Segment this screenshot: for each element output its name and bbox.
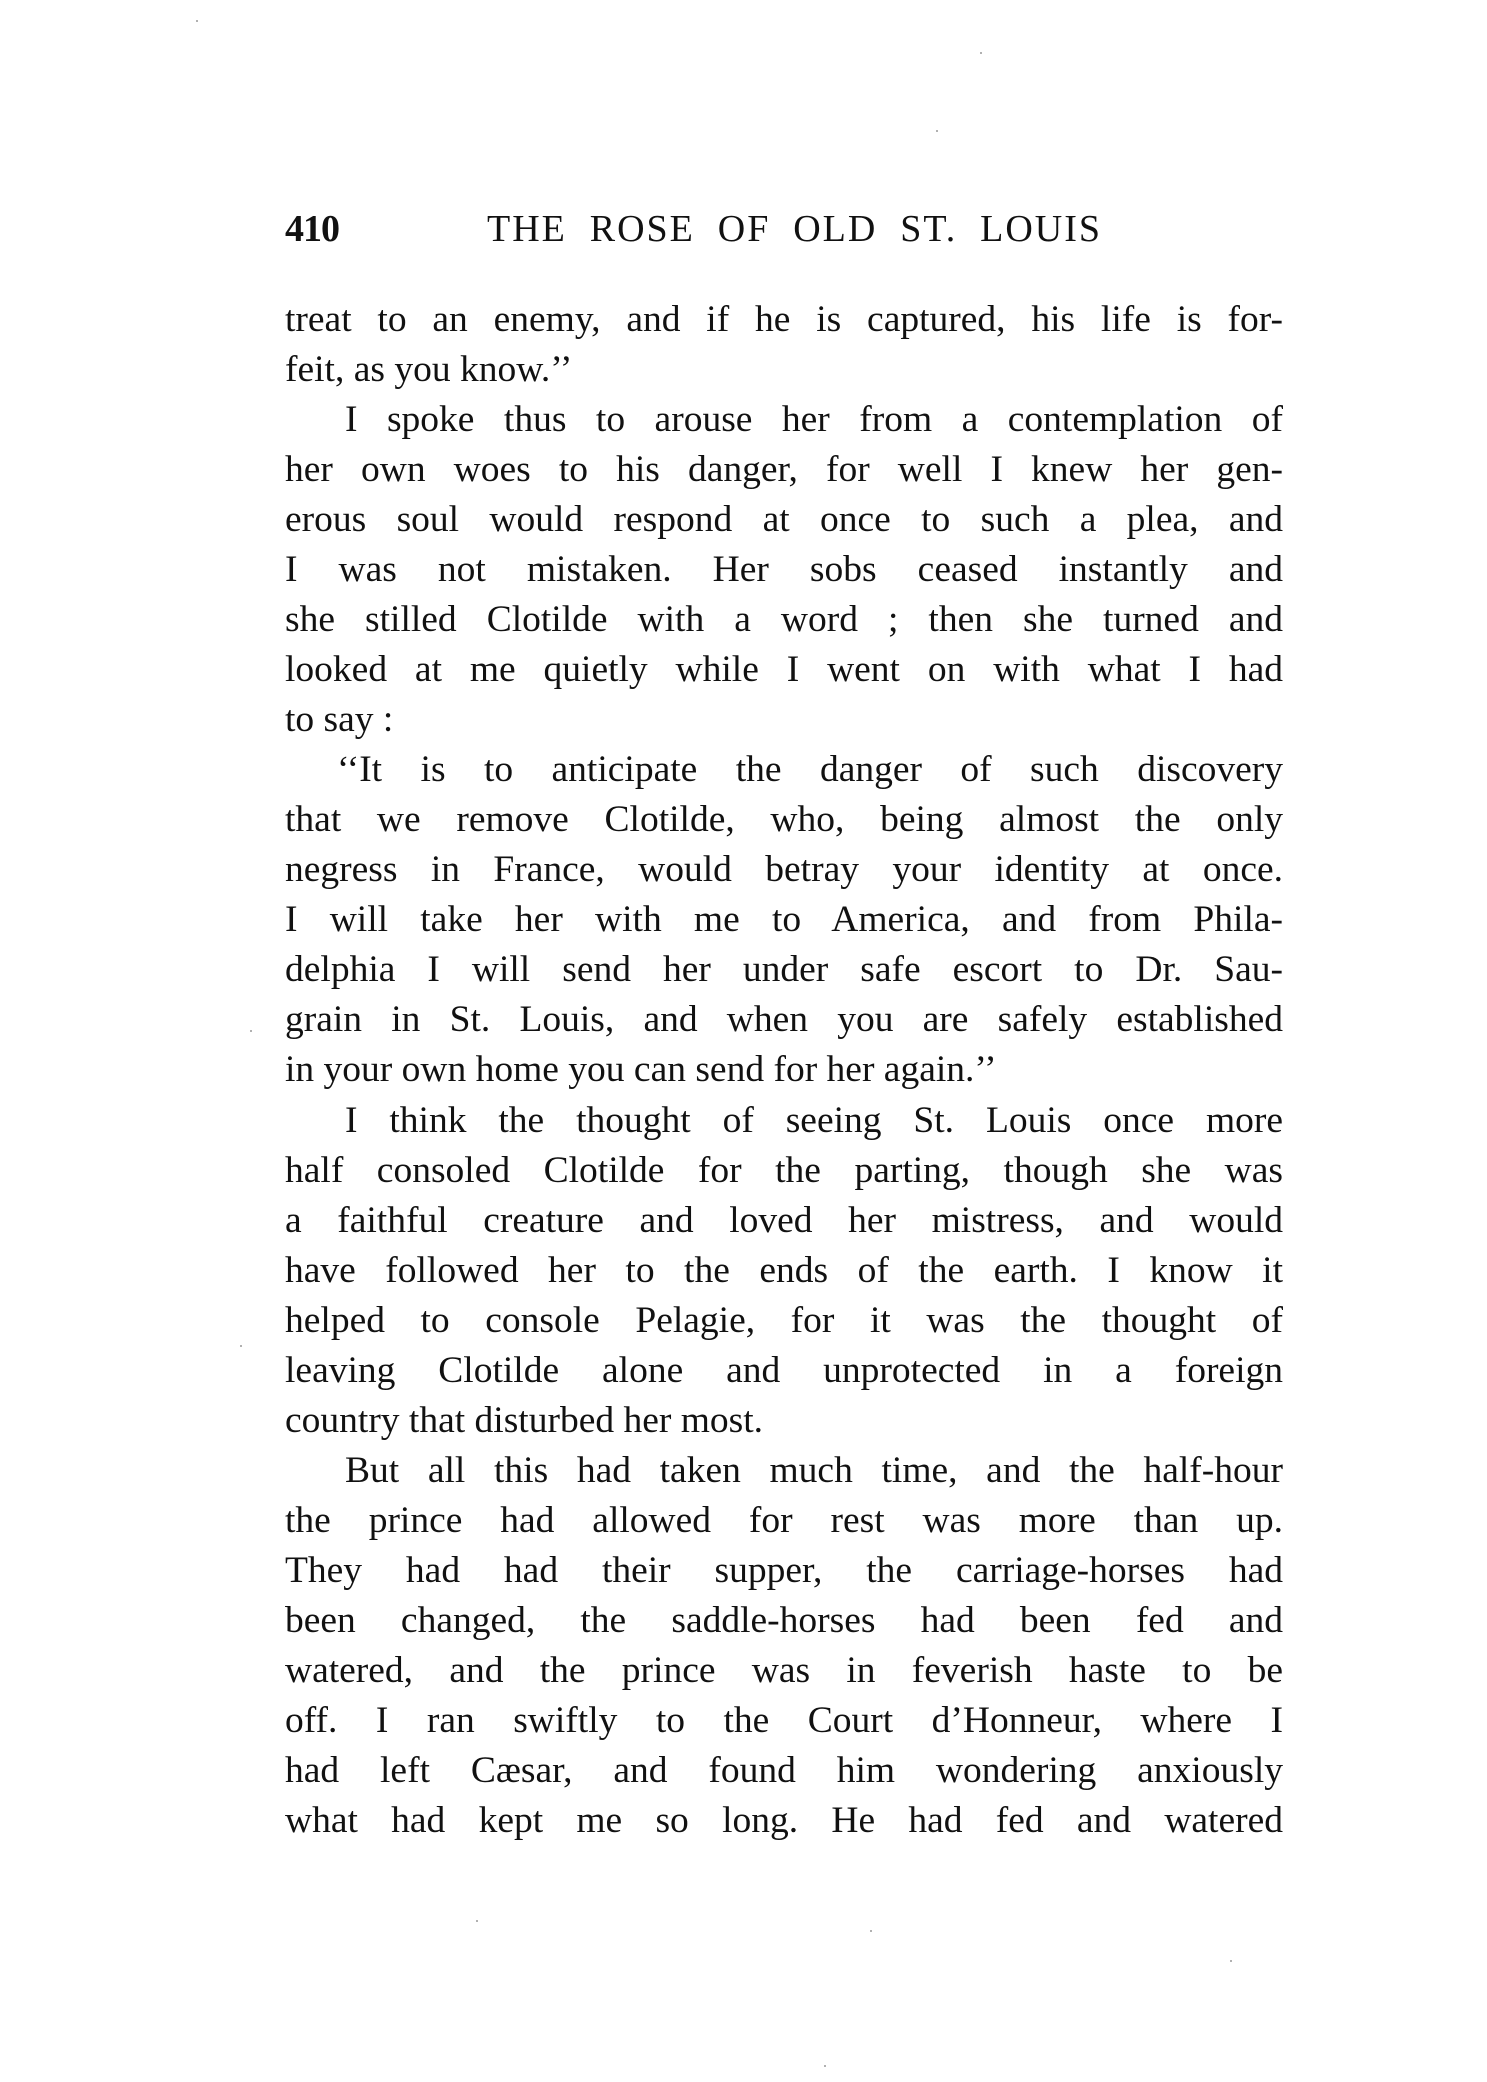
text-line: had left Cæsar, and found him wondering … <box>285 1746 1283 1796</box>
text-line: have followed her to the ends of the ear… <box>285 1246 1283 1296</box>
scan-speck <box>1230 1960 1232 1962</box>
text-line: off. I ran swiftly to the Court d’Honneu… <box>285 1696 1283 1746</box>
scan-speck <box>240 1345 242 1347</box>
scan-speck <box>936 130 938 132</box>
scan-speck <box>250 1030 252 1032</box>
text-line: erous soul would respond at once to such… <box>285 495 1283 545</box>
book-page: 410 THE ROSE OF OLD ST. LOUIS treat to a… <box>0 0 1487 2082</box>
text-line: the prince had allowed for rest was more… <box>285 1496 1283 1546</box>
running-title: THE ROSE OF OLD ST. LOUIS <box>487 207 1102 251</box>
running-head: 410 THE ROSE OF OLD ST. LOUIS <box>285 207 1283 251</box>
text-line: I will take her with me to America, and … <box>285 895 1283 945</box>
text-line: in your own home you can send for her ag… <box>285 1045 1283 1095</box>
text-line: looked at me quietly while I went on wit… <box>285 645 1283 695</box>
text-line: delphia I will send her under safe escor… <box>285 945 1283 995</box>
text-line: I was not mistaken. Her sobs ceased inst… <box>285 545 1283 595</box>
text-line: helped to console Pelagie, for it was th… <box>285 1296 1283 1346</box>
text-line: negress in France, would betray your ide… <box>285 845 1283 895</box>
text-line: she stilled Clotilde with a word ; then … <box>285 595 1283 645</box>
text-line: to say : <box>285 695 1283 745</box>
scan-speck <box>476 1920 478 1922</box>
text-line: feit, as you know.’’ <box>285 345 1283 395</box>
paragraph-start-line: I think the thought of seeing St. Louis … <box>285 1096 1283 1146</box>
text-line: They had had their supper, the carriage-… <box>285 1546 1283 1596</box>
body-text: treat to an enemy, and if he is captured… <box>285 295 1283 1846</box>
scan-speck <box>870 1930 872 1932</box>
text-line: her own woes to his danger, for well I k… <box>285 445 1283 495</box>
text-line: country that disturbed her most. <box>285 1396 1283 1446</box>
page-number: 410 <box>285 207 339 251</box>
text-line: that we remove Clotilde, who, being almo… <box>285 795 1283 845</box>
text-line: been changed, the saddle-horses had been… <box>285 1596 1283 1646</box>
scan-speck <box>196 20 198 22</box>
text-line: grain in St. Louis, and when you are saf… <box>285 995 1283 1045</box>
scan-speck <box>824 2065 826 2067</box>
text-line: what had kept me so long. He had fed and… <box>285 1796 1283 1846</box>
text-line: half consoled Clotilde for the parting, … <box>285 1146 1283 1196</box>
text-line: leaving Clotilde alone and unprotected i… <box>285 1346 1283 1396</box>
text-line: a faithful creature and loved her mistre… <box>285 1196 1283 1246</box>
paragraph-start-line: I spoke thus to arouse her from a contem… <box>285 395 1283 445</box>
paragraph-start-line: But all this had taken much time, and th… <box>285 1446 1283 1496</box>
paragraph-start-line: ‘‘It is to anticipate the danger of such… <box>285 745 1283 795</box>
scan-speck <box>980 52 982 54</box>
text-line: treat to an enemy, and if he is captured… <box>285 295 1283 345</box>
text-line: watered, and the prince was in feverish … <box>285 1646 1283 1696</box>
